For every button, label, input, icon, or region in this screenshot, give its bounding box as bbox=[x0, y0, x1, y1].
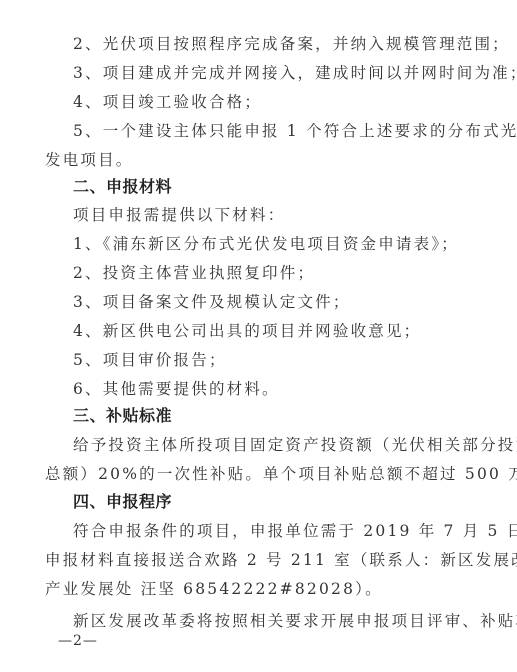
condition-item-5-continuation: 发电项目。 bbox=[45, 150, 456, 170]
material-item-1: 1、《浦东新区分布式光伏发电项目资金申请表》； bbox=[73, 234, 456, 254]
document-page: 2、光伏项目按照程序完成备案，并纳入规模管理范围； 3、项目建成并完成并网接入，… bbox=[0, 0, 517, 672]
condition-item-3: 3、项目建成并完成并网接入，建成时间以并网时间为准； bbox=[73, 63, 456, 83]
procedure-paragraph-line-1: 符合申报条件的项目，申报单位需于 2019 年 7 月 5 日前将 bbox=[73, 521, 456, 541]
condition-item-4: 4、项目竣工验收合格； bbox=[73, 92, 456, 112]
materials-intro: 项目申报需提供以下材料： bbox=[73, 205, 456, 225]
material-item-4: 4、新区供电公司出具的项目并网验收意见； bbox=[73, 321, 456, 341]
page-number: —2— bbox=[58, 633, 98, 649]
section-heading-materials: 二、申报材料 bbox=[73, 177, 456, 197]
condition-item-2: 2、光伏项目按照程序完成备案，并纳入规模管理范围； bbox=[73, 34, 456, 54]
section-heading-subsidy: 三、补贴标准 bbox=[73, 406, 456, 426]
condition-item-5: 5、一个建设主体只能申报 1 个符合上述要求的分布式光伏 bbox=[73, 121, 456, 141]
material-item-3: 3、项目备案文件及规模认定文件； bbox=[73, 292, 456, 312]
material-item-6: 6、其他需要提供的材料。 bbox=[73, 379, 456, 399]
procedure-paragraph-line-3: 产业发展处 汪坚 68542222#82028）。 bbox=[45, 579, 456, 599]
section-heading-procedure: 四、申报程序 bbox=[73, 492, 456, 512]
material-item-2: 2、投资主体营业执照复印件； bbox=[73, 263, 456, 283]
procedure-paragraph-line-2: 申报材料直接报送合欢路 2 号 211 室（联系人：新区发展改革委 bbox=[45, 550, 456, 570]
subsidy-paragraph-line-2: 总额）20%的一次性补贴。单个项目补贴总额不超过 500 万元。 bbox=[45, 464, 456, 484]
review-paragraph-line-1: 新区发展改革委将按照相关要求开展申报项目评审、补贴项 bbox=[73, 611, 456, 631]
subsidy-paragraph-line-1: 给予投资主体所投项目固定资产投资额（光伏相关部分投资 bbox=[73, 435, 456, 455]
material-item-5: 5、项目审价报告； bbox=[73, 350, 456, 370]
